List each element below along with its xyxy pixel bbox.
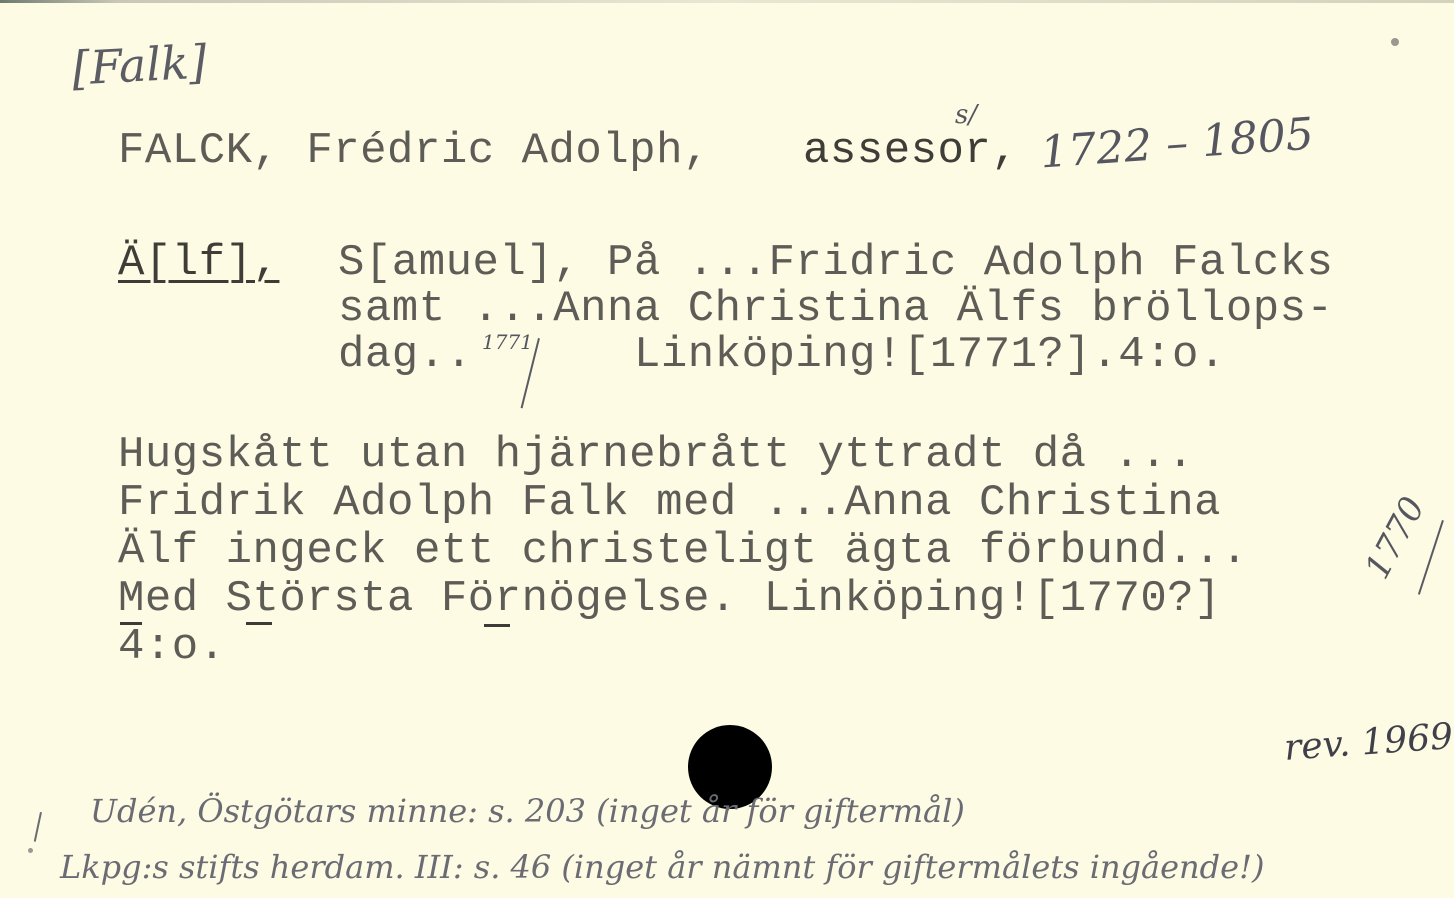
reference-dot-2 [28,848,33,853]
entry-2-line-3: Älf ingeck ett christeligt ägta förbund.… [118,528,1248,574]
underline-med [120,622,142,625]
entry-2-line-5: 4:o. [118,624,226,670]
life-dates: 1722 – 1805 [1039,109,1316,179]
entry-1-author: Ä[lf], [118,240,279,286]
entry-1-line-3: dag.. Linköping![1771?].4:o. [338,332,1226,378]
author-heading: FALCK, Frédric Adolph, [118,128,710,174]
entry-1-margin-note: 1771 [482,330,533,354]
entry-2-pencil-slash [1418,520,1444,595]
reference-tick-1 [34,812,42,842]
revision-note: rev. 1969 [1283,716,1454,769]
entry-2-line-1: Hugskått utan hjärnebrått yttradt då ... [118,432,1194,478]
underline-fornogelse [484,624,510,627]
catalog-card: [Falk] FALCK, Frédric Adolph, assesor, s… [0,0,1454,898]
reference-2: Lkpg:s stifts herdam. III: s. 46 (inget … [60,848,1264,886]
entry-1-line-1: S[amuel], På ...Fridric Adolph Falcks [338,240,1333,286]
card-speck [1391,38,1399,46]
entry-2-margin-note: 1770 [1357,490,1433,585]
entry-2-line-4: Med Största Förnögelse. Linköping![1770?… [118,576,1221,622]
underline-storsta [246,622,272,625]
entry-1-line-2: samt ...Anna Christina Älfs bröllops- [338,286,1333,332]
author-title: assesor, [803,128,1018,174]
reference-1: Udén, Östgötars minne: s. 203 (inget år … [90,792,965,830]
entry-1-author-text: Ä[lf], [118,238,279,288]
title-correction: s/ [955,100,977,130]
filing-heading: [Falk] [71,35,208,96]
card-top-edge [0,0,1454,3]
entry-2-line-2: Fridrik Adolph Falk med ...Anna Christin… [118,480,1221,526]
